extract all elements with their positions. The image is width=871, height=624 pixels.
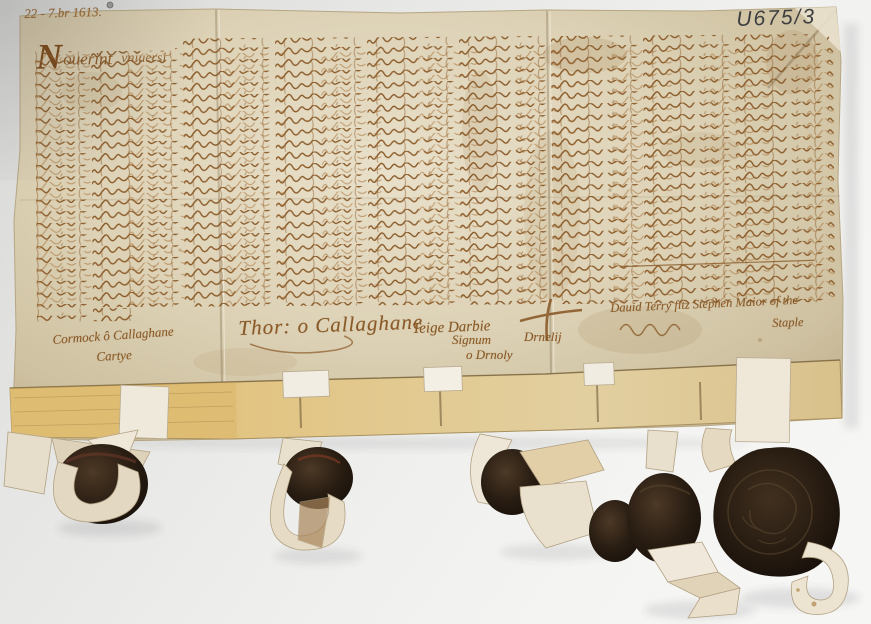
photograph-of-parchment-deed: N ouerint vniuersi <box>0 0 871 624</box>
date-annotation: 22 - 7.br 1613. <box>24 4 102 22</box>
text-last-line <box>37 308 132 322</box>
tag-cluster-1 <box>4 430 150 524</box>
archival-reference: U675/3 <box>736 5 817 32</box>
signature-dauid-terry-line2: Staple <box>772 315 804 331</box>
deed-artwork: N ouerint vniuersi <box>0 0 871 624</box>
handwriting-block: N ouerint vniuersi <box>35 31 835 322</box>
signum-label: Signum <box>452 332 491 348</box>
signum-name-line2: o Drnoly <box>466 347 513 363</box>
signum-name: Drnelij <box>524 329 562 345</box>
tag-cluster-3 <box>470 434 641 562</box>
pin <box>107 2 113 8</box>
text-body-layer2 <box>35 46 835 308</box>
tag-cluster-2 <box>270 438 353 550</box>
signature-cormock-line2: Cartye <box>96 347 132 365</box>
